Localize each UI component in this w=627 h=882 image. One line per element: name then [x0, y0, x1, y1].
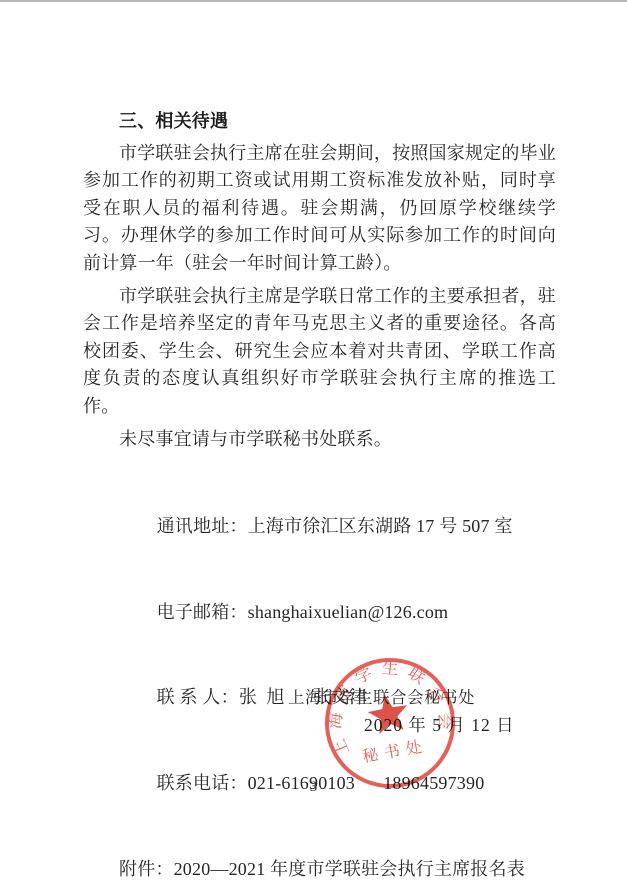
- signature-date: 2020 年 5 月 12 日: [364, 712, 515, 737]
- contact-email-value: shanghaixuelian@126.com: [248, 602, 449, 622]
- paragraph-benefits: 市学联驻会执行主席在驻会期间，按照国家规定的毕业参加工作的初期工资或试用期工资标…: [83, 140, 556, 278]
- signature-organization: 上海市学生联合会秘书处: [288, 684, 475, 708]
- contact-block: 通讯地址：上海市徐汇区东湖路 17 号 507 室 电子邮箱：shanghaix…: [119, 483, 556, 826]
- contact-row-address: 通讯地址：上海市徐汇区东湖路 17 号 507 室: [119, 483, 556, 569]
- contact-row-email: 电子邮箱：shanghaixuelian@126.com: [119, 569, 556, 655]
- paragraph-duty: 市学联驻会执行主席是学联日常工作的主要承担者，驻会工作是培养坚定的青年马克思主义…: [83, 283, 556, 421]
- paragraph-contact-note: 未尽事宜请与市学联秘书处联系。: [83, 426, 556, 454]
- contact-email-label: 电子邮箱：: [157, 602, 248, 622]
- document-page: 三、相关待遇 市学联驻会执行主席在驻会期间，按照国家规定的毕业参加工作的初期工资…: [0, 0, 627, 882]
- section-heading: 三、相关待遇: [83, 108, 556, 136]
- document-body: 三、相关待遇 市学联驻会执行主席在驻会期间，按照国家规定的毕业参加工作的初期工资…: [83, 108, 556, 882]
- attachment-line: 附件：2020—2021 年度市学联驻会执行主席报名表: [119, 856, 556, 882]
- contact-address-label: 通讯地址：: [157, 516, 248, 536]
- scan-edge-line: [0, 0, 627, 2]
- page-number: 3: [0, 779, 627, 796]
- contact-person-label: 联 系 人：: [157, 687, 239, 707]
- contact-address-value: 上海市徐汇区东湖路 17 号 507 室: [248, 516, 513, 536]
